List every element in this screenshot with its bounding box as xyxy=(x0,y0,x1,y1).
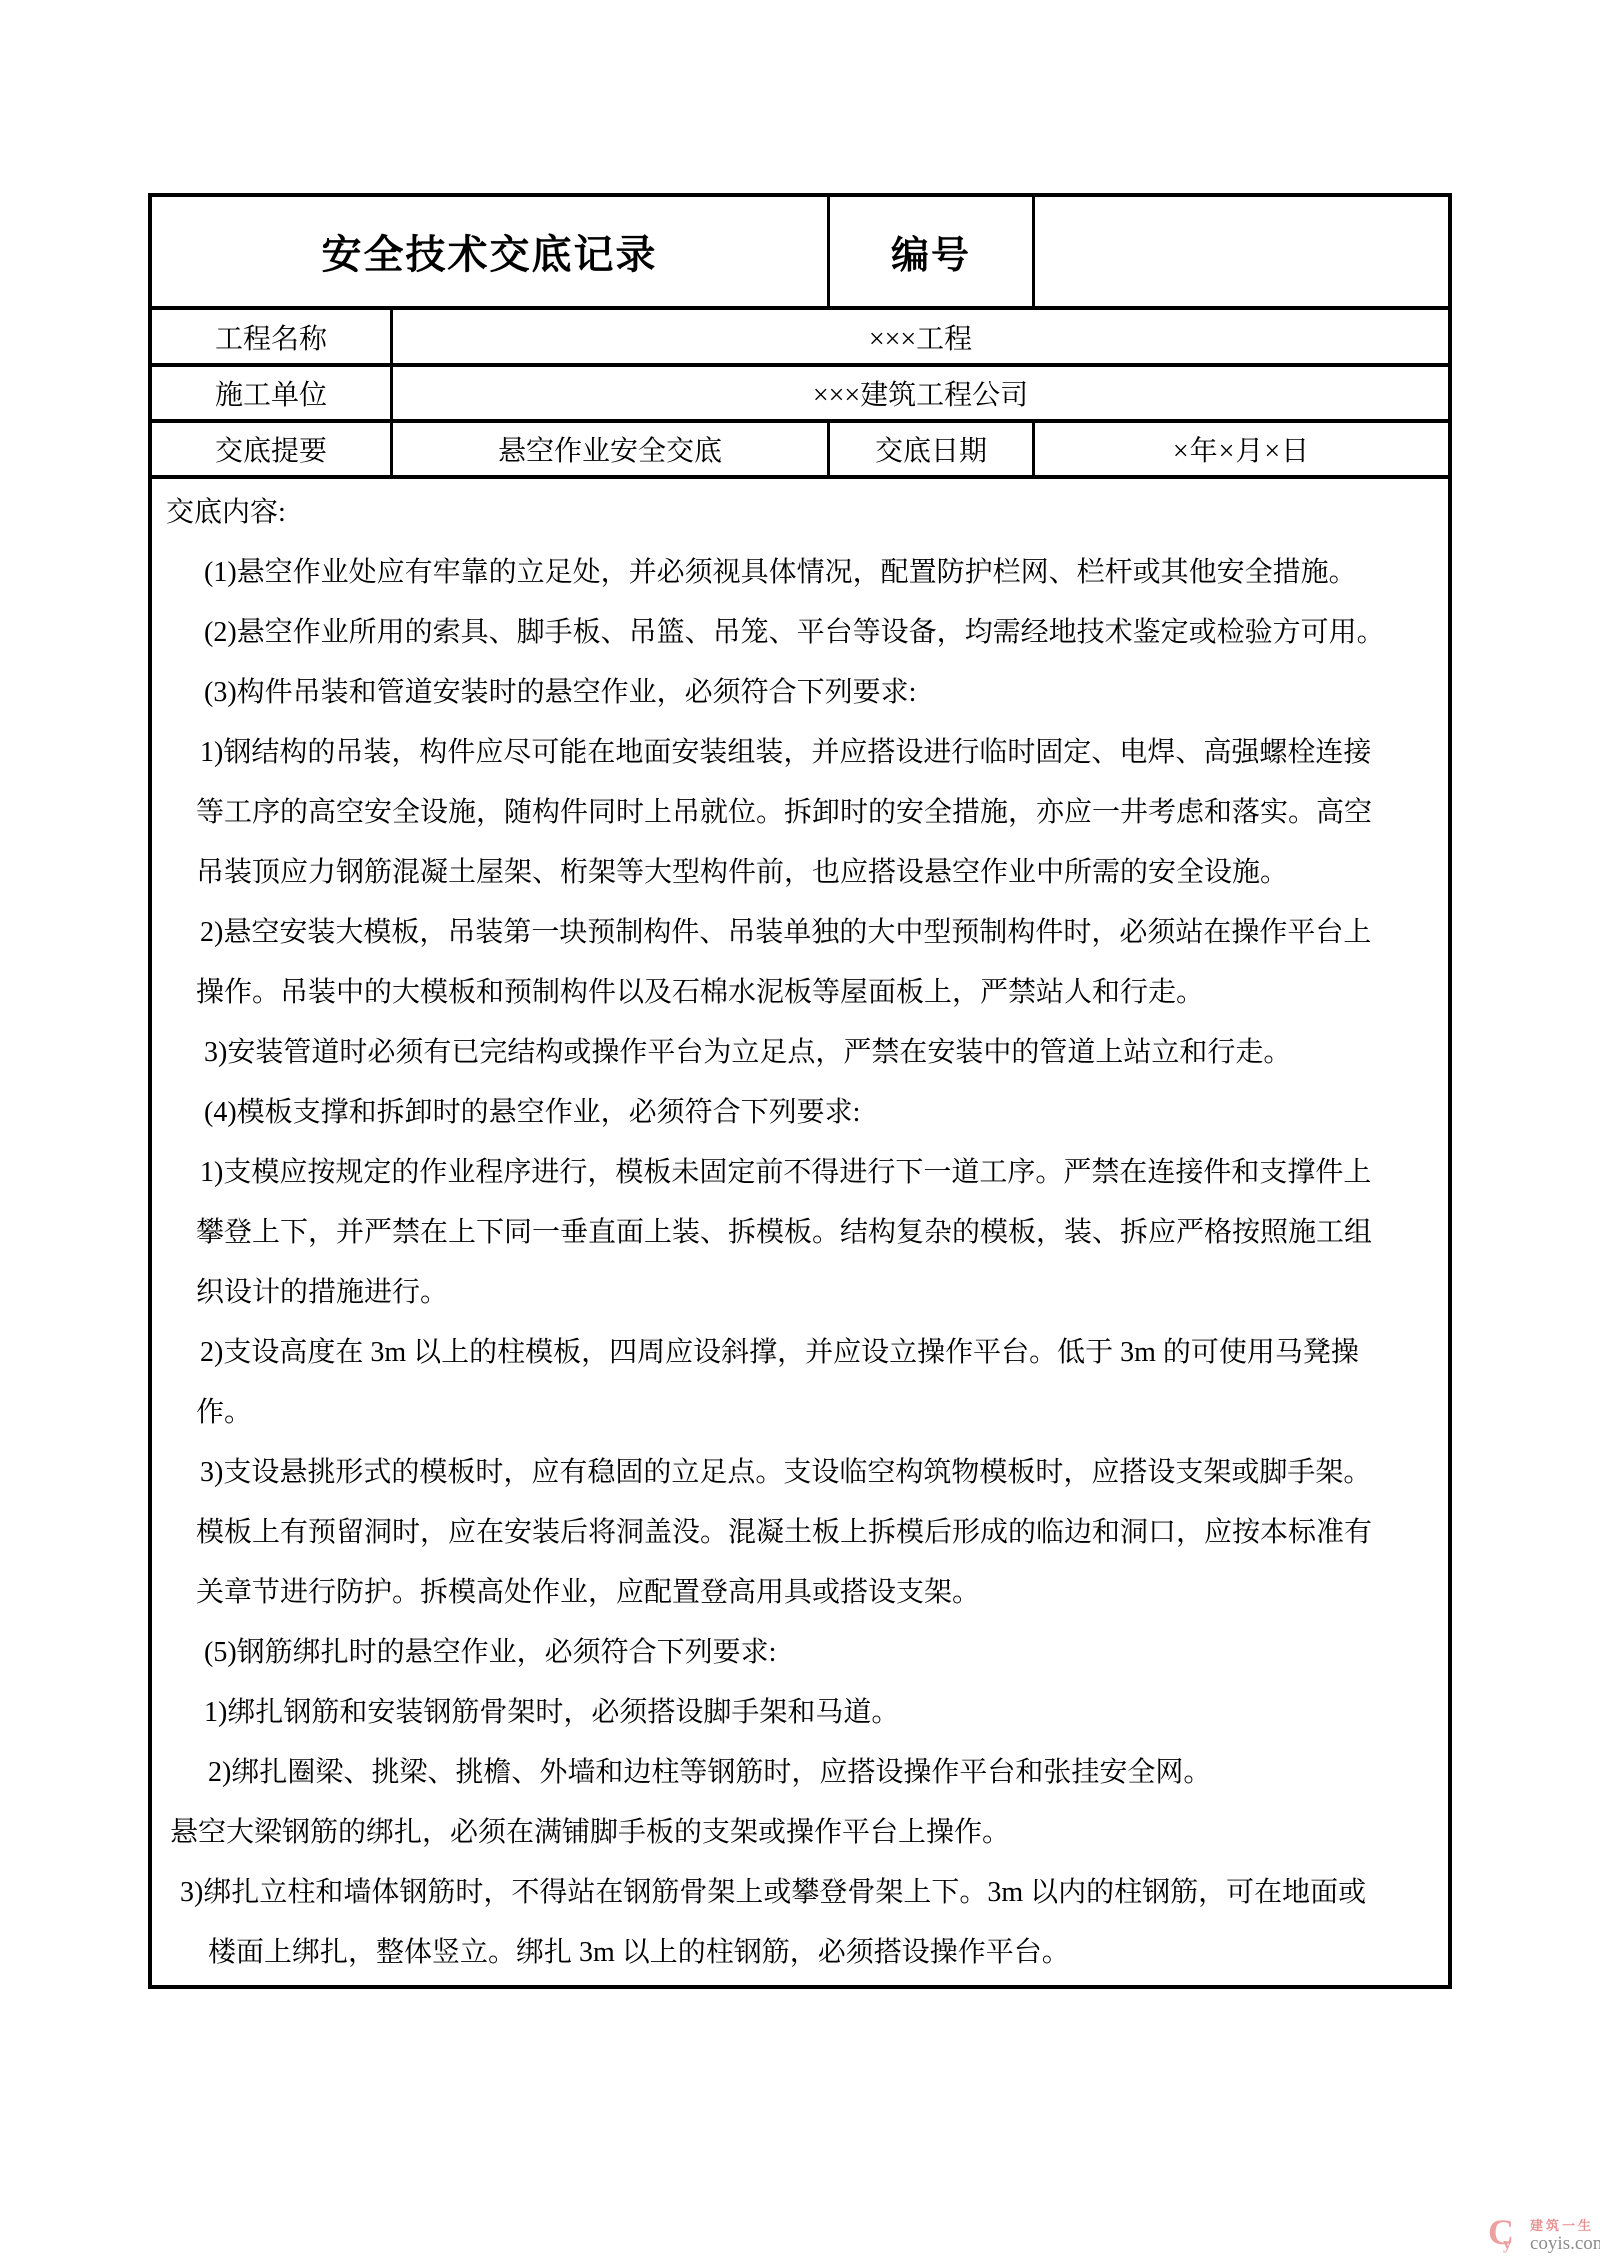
watermark-text: 建筑一生 coyis.com xyxy=(1530,2218,1600,2255)
content-line: 模板上有预留洞时，应在安装后将洞盖没。混凝土板上拆模后形成的临边和洞口，应按本标… xyxy=(166,1503,1438,1563)
project-name-label: 工程名称 xyxy=(152,310,390,363)
content-line: (4)模板支撑和拆卸时的悬空作业，必须符合下列要求: xyxy=(166,1083,1438,1143)
date-label: 交底日期 xyxy=(827,423,1032,475)
brand-logo-icon: C y xyxy=(1488,2218,1522,2258)
brand-logo-y: y xyxy=(1503,2235,1512,2252)
content-line: 2)绑扎圈梁、挑梁、挑檐、外墙和边柱等钢筋时，应搭设操作平台和张挂安全网。 xyxy=(166,1743,1438,1803)
content-line: (5)钢筋绑扎时的悬空作业，必须符合下列要求: xyxy=(166,1623,1438,1683)
content-line: (2)悬空作业所用的索具、脚手板、吊篮、吊笼、平台等设备，均需经地技术鉴定或检验… xyxy=(166,603,1438,663)
content-area: 交底内容:(1)悬空作业处应有牢靠的立足处，并必须视具体情况，配置防护栏网、栏杆… xyxy=(152,475,1448,1985)
contractor-label: 施工单位 xyxy=(152,367,390,419)
content-line: 3)安装管道时必须有已完结构或操作平台为立足点，严禁在安装中的管道上站立和行走。 xyxy=(166,1023,1438,1083)
project-name-value: ×××工程 xyxy=(390,310,1448,363)
project-name-row: 工程名称 ×××工程 xyxy=(152,306,1448,363)
content-line: 3)支设悬挑形式的模板时，应有稳固的立足点。支设临空构筑物模板时，应搭设支架或脚… xyxy=(166,1443,1438,1503)
watermark-brand-cn: 建筑一生 xyxy=(1530,2218,1600,2233)
content-line: 吊装顶应力钢筋混凝土屋架、桁架等大型构件前，也应搭设悬空作业中所需的安全设施。 xyxy=(166,843,1438,903)
content-line: 1)绑扎钢筋和安装钢筋骨架时，必须搭设脚手架和马道。 xyxy=(166,1683,1438,1743)
content-line: 等工序的高空安全设施，随构件同时上吊就位。拆卸时的安全措施，亦应一井考虑和落实。… xyxy=(166,783,1438,843)
content-line: 作。 xyxy=(166,1383,1438,1443)
watermark-site: coyis.com xyxy=(1530,2233,1600,2255)
content-line: 织设计的措施进行。 xyxy=(166,1263,1438,1323)
content-line: 2)悬空安装大模板，吊装第一块预制构件、吊装单独的大中型预制构件时，必须站在操作… xyxy=(166,903,1438,963)
content-line: 2)支设高度在 3m 以上的柱模板，四周应设斜撑，并应设立操作平台。低于 3m … xyxy=(166,1323,1438,1383)
summary-label: 交底提要 xyxy=(152,423,390,475)
number-label: 编号 xyxy=(827,197,1032,306)
number-value xyxy=(1032,197,1448,306)
content-line: 1)支模应按规定的作业程序进行，模板未固定前不得进行下一道工序。严禁在连接件和支… xyxy=(166,1143,1438,1203)
content-line: (1)悬空作业处应有牢靠的立足处，并必须视具体情况，配置防护栏网、栏杆或其他安全… xyxy=(166,543,1438,603)
content-line: 攀登上下，并严禁在上下同一垂直面上装、拆模板。结构复杂的模板，装、拆应严格按照施… xyxy=(166,1203,1438,1263)
summary-value: 悬空作业安全交底 xyxy=(390,423,827,475)
content-line: 3)绑扎立柱和墙体钢筋时，不得站在钢筋骨架上或攀登骨架上下。3m 以内的柱钢筋，… xyxy=(166,1863,1438,1923)
safety-disclosure-table: 安全技术交底记录 编号 工程名称 ×××工程 施工单位 ×××建筑工程公司 交底… xyxy=(148,193,1452,1989)
content-line: 交底内容: xyxy=(166,483,1438,543)
content-line: 关章节进行防护。拆模高处作业，应配置登高用具或搭设支架。 xyxy=(166,1563,1438,1623)
document-title: 安全技术交底记录 xyxy=(152,197,827,306)
watermark: C y 建筑一生 coyis.com xyxy=(1488,2218,1600,2258)
contractor-value: ×××建筑工程公司 xyxy=(390,367,1448,419)
contractor-row: 施工单位 ×××建筑工程公司 xyxy=(152,363,1448,419)
content-line: 悬空大梁钢筋的绑扎，必须在满铺脚手板的支架或操作平台上操作。 xyxy=(166,1803,1438,1863)
date-value: ×年×月×日 xyxy=(1032,423,1448,475)
content-line: 1)钢结构的吊装，构件应尽可能在地面安装组装，并应搭设进行临时固定、电焊、高强螺… xyxy=(166,723,1438,783)
summary-row: 交底提要 悬空作业安全交底 交底日期 ×年×月×日 xyxy=(152,419,1448,475)
title-row: 安全技术交底记录 编号 xyxy=(152,197,1448,306)
content-line: (3)构件吊装和管道安装时的悬空作业，必须符合下列要求: xyxy=(166,663,1438,723)
content-line: 楼面上绑扎，整体竖立。绑扎 3m 以上的柱钢筋，必须搭设操作平台。 xyxy=(166,1923,1438,1983)
content-line: 操作。吊装中的大模板和预制构件以及石棉水泥板等屋面板上，严禁站人和行走。 xyxy=(166,963,1438,1023)
